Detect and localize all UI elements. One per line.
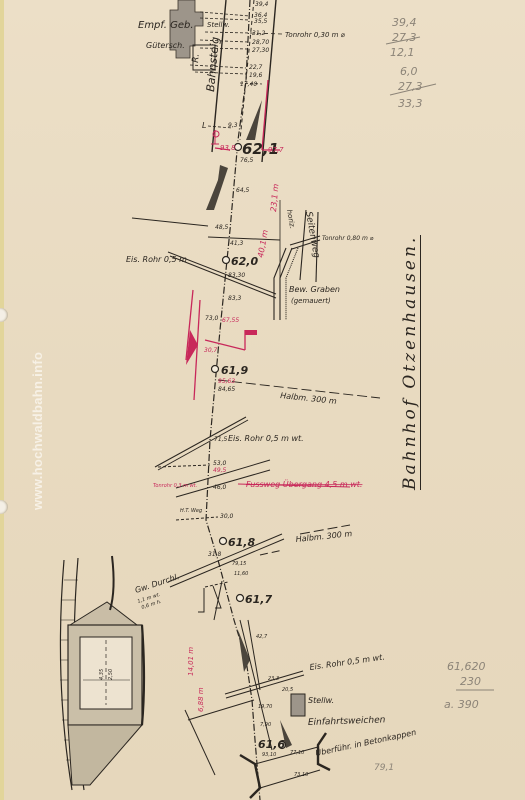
label-ht-weg: H.T. Weg: [180, 508, 202, 514]
pencil-calc-bottom: 61,620 230 a. 390 79,1: [374, 660, 494, 773]
label-gw-durchlass: Gw. Durchl.: [134, 572, 181, 595]
svg-text:19,70: 19,70: [258, 704, 272, 710]
drawing-title: Bahnhof Otzenhausen.: [400, 235, 421, 490]
label-halbm-300: Halbm. 300 m: [280, 391, 338, 406]
km-marker-62-0: 62,0: [231, 255, 258, 268]
svg-text:48,5: 48,5: [215, 224, 229, 231]
label-stellwerk: Stellw.: [308, 696, 334, 705]
label-r: R.: [191, 53, 202, 63]
label-stellwerk-top: Stellw.: [207, 21, 230, 29]
svg-text:41,3: 41,3: [230, 240, 244, 247]
label-eis-rohr-3: Eis. Rohr 0,5 m wt.: [309, 653, 385, 672]
label-fussweg-uebergang: Fussweg Übergang 4,5 m wt.: [246, 479, 362, 489]
svg-text:2,50: 2,50: [108, 669, 114, 680]
svg-text:64,5: 64,5: [236, 187, 250, 194]
svg-text:67,55: 67,55: [222, 317, 239, 324]
svg-text:79,15: 79,15: [232, 561, 246, 567]
svg-text:4,35: 4,35: [99, 669, 105, 680]
label-halbm-300b: Halbm. 300 m: [295, 529, 353, 544]
label-bahnsteig: Bahnsteig: [204, 36, 222, 92]
red-dim-14-01: 14,01 m: [187, 647, 195, 676]
red-dim-6-88: 6,88 m: [197, 687, 205, 712]
svg-text:6,0: 6,0: [400, 65, 418, 78]
svg-text:27,30: 27,30: [252, 47, 269, 54]
km-marker-61-6: 61,6: [258, 738, 285, 751]
label-empf-geb: Empf. Geb.: [138, 20, 194, 31]
svg-text:33,3: 33,3: [398, 97, 423, 110]
svg-text:79,1: 79,1: [374, 763, 394, 773]
svg-text:230: 230: [460, 675, 481, 688]
watermark: www.hochwaldbahn.info: [30, 352, 45, 510]
km-marker-61-9: 61,9: [221, 364, 248, 377]
red-dim-40-1: 40,1 m: [256, 229, 270, 258]
drawing-labels: 39,4 27,3 12,1 6,0 27,3 33,3 61,620 230 …: [0, 0, 525, 800]
svg-text:93,10: 93,10: [262, 752, 276, 758]
svg-text:49,5: 49,5: [213, 467, 227, 474]
label-tonrohr-top: Tonrohr 0,30 m ⌀: [285, 31, 346, 39]
svg-text:77,10: 77,10: [290, 750, 304, 756]
svg-text:95,63: 95,63: [218, 378, 235, 385]
svg-text:17,40: 17,40: [240, 81, 257, 88]
label-gueterschuppen: Gütersch.: [146, 41, 185, 50]
svg-text:46,0: 46,0: [213, 484, 227, 491]
top-station-values: 39,4 36,4 35,5 31,2 28,70 27,30 22,7 19,…: [228, 1, 269, 129]
svg-text:30,0: 30,0: [220, 513, 234, 520]
label-tonrohr-small: Tonrohr 0,3 m wt.: [153, 483, 197, 489]
label-horiz: horiz.: [285, 209, 296, 230]
svg-text:28,70: 28,70: [252, 39, 269, 46]
svg-text:39,4: 39,4: [392, 16, 417, 29]
svg-text:20,5: 20,5: [282, 687, 293, 693]
km-marker-61-7: 61,7: [245, 593, 272, 606]
svg-text:30,7: 30,7: [204, 347, 218, 354]
svg-text:35,5: 35,5: [254, 18, 268, 25]
pencil-calc-top: 39,4 27,3 12,1 6,0 27,3 33,3: [386, 16, 436, 110]
label-l: L: [202, 121, 206, 130]
svg-text:23,3: 23,3: [268, 676, 279, 682]
km-marker-61-8: 61,8: [228, 536, 255, 549]
svg-text:31,2: 31,2: [252, 30, 266, 37]
svg-text:73,0: 73,0: [205, 315, 219, 322]
svg-text:83,30: 83,30: [228, 272, 245, 279]
svg-text:71,5: 71,5: [214, 436, 228, 443]
svg-text:83,3: 83,3: [228, 295, 242, 302]
svg-text:93,8: 93,8: [220, 144, 236, 152]
svg-text:11,60: 11,60: [234, 571, 248, 577]
svg-text:61,620: 61,620: [447, 660, 486, 673]
svg-text:19,6: 19,6: [249, 72, 263, 79]
label-eis-rohr-1: Eis. Rohr 0,5 m: [126, 255, 187, 264]
svg-text:39,4: 39,4: [255, 1, 269, 8]
label-seitenweg: Seitenweg: [303, 211, 321, 259]
label-tonrohr-mid: Tonrohr 0,80 m ⌀: [322, 235, 374, 242]
label-bew-graben: Bew. Graben: [289, 285, 340, 294]
svg-text:7,90: 7,90: [260, 722, 271, 728]
svg-text:73,10: 73,10: [294, 772, 308, 778]
svg-text:27,3: 27,3: [398, 80, 423, 93]
svg-text:22,7: 22,7: [249, 64, 263, 71]
svg-text:a. 390: a. 390: [444, 698, 479, 711]
red-dim-23-1: 23,1 m: [269, 183, 280, 212]
svg-text:97,7: 97,7: [268, 146, 284, 154]
svg-text:53,0: 53,0: [213, 460, 227, 467]
label-ueberfuehrung: Überführ. in Betonkappen: [314, 727, 417, 758]
svg-text:76,5: 76,5: [240, 157, 254, 164]
label-gemauert: (gemauert): [291, 297, 331, 305]
label-einfahrtsweichen: Einfahrtsweichen: [308, 715, 386, 728]
svg-text:31,8: 31,8: [208, 551, 222, 558]
svg-text:42,7: 42,7: [256, 634, 268, 640]
label-eis-rohr-2: Eis. Rohr 0,5 m wt.: [228, 434, 304, 443]
svg-text:84,65: 84,65: [218, 386, 235, 393]
svg-text:9,3: 9,3: [228, 122, 238, 129]
svg-text:12,1: 12,1: [390, 46, 415, 59]
